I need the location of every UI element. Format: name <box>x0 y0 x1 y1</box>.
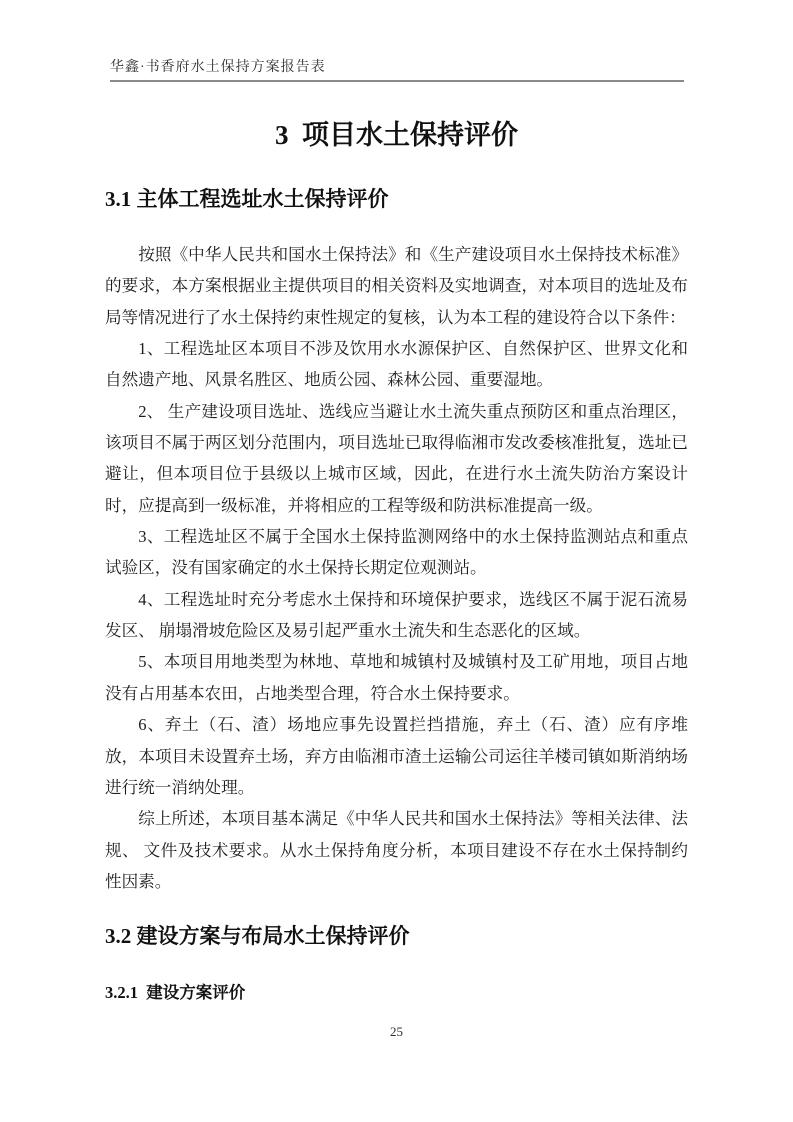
section-3-1-body: 按照《中华人民共和国水土保持法》和《生产建设项目水土保持技术标准》的要求，本方案… <box>105 239 688 897</box>
paragraph: 按照《中华人民共和国水土保持法》和《生产建设项目水土保持技术标准》的要求，本方案… <box>105 239 688 333</box>
subsection-heading-3-2-1: 3.2.1 建设方案评价 <box>105 982 688 1004</box>
paragraph: 6、弃土（石、渣）场地应事先设置拦挡措施，弃土（石、渣）应有序堆放，本项目未设置… <box>105 709 688 803</box>
paragraph: 5、本项目用地类型为林地、草地和城镇村及城镇村及工矿用地，项目占地没有占用基本农… <box>105 646 688 709</box>
paragraph: 2、 生产建设项目选址、选线应当避让水土流失重点预防区和重点治理区，该项目不属于… <box>105 396 688 521</box>
document-content: 3 项目水土保持评价 3.1 主体工程选址水土保持评价 按照《中华人民共和国水土… <box>105 0 688 1004</box>
paragraph: 4、工程选址时充分考虑水土保持和环境保护要求，选线区不属于泥石流易发区、 崩塌滑… <box>105 584 688 647</box>
paragraph: 3、工程选址区不属于全国水土保持监测网络中的水土保持监测站点和重点试验区，没有国… <box>105 521 688 584</box>
section-heading-3-2: 3.2 建设方案与布局水土保持评价 <box>105 922 688 950</box>
paragraph: 综上所述，本项目基本满足《中华人民共和国水土保持法》等相关法律、法规、 文件及技… <box>105 803 688 897</box>
page-number: 25 <box>0 1024 793 1040</box>
section-heading-3-1: 3.1 主体工程选址水土保持评价 <box>105 185 688 213</box>
document-page: 华鑫·书香府水土保持方案报告表 3 项目水土保持评价 3.1 主体工程选址水土保… <box>0 0 793 1122</box>
chapter-title: 3 项目水土保持评价 <box>105 118 688 152</box>
paragraph: 1、工程选址区本项目不涉及饮用水水源保护区、自然保护区、世界文化和自然遗产地、风… <box>105 333 688 396</box>
